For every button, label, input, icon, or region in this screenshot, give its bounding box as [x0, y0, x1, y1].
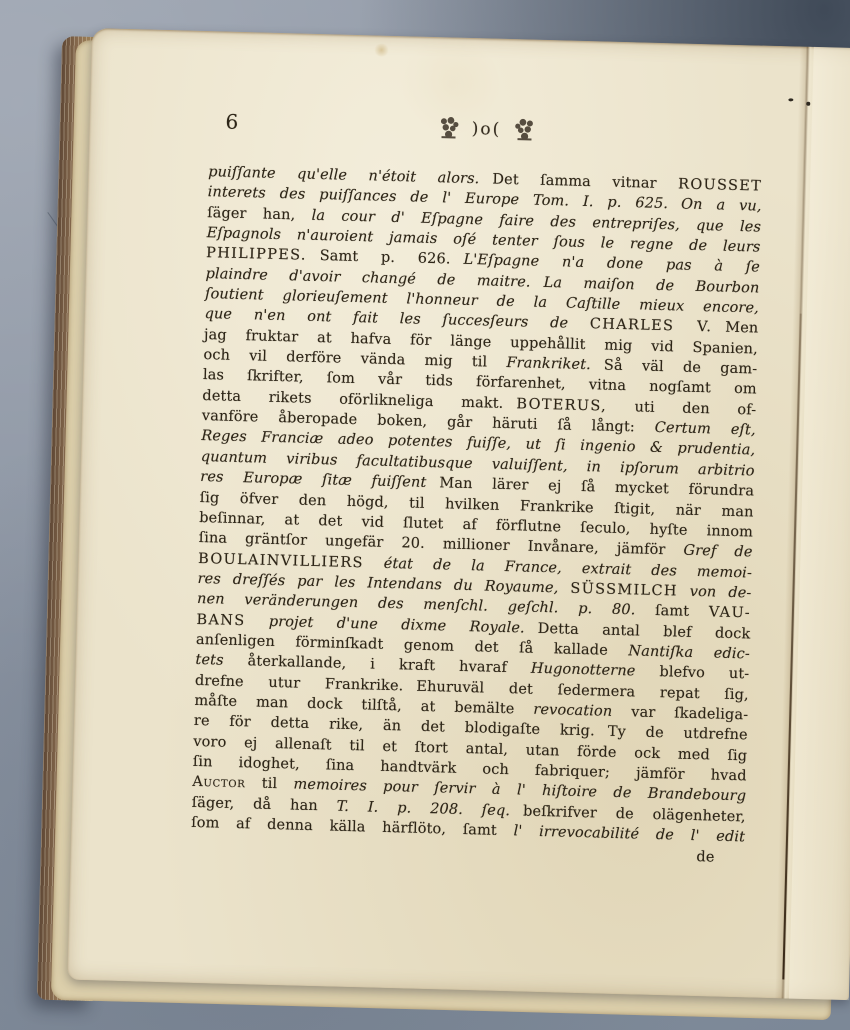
- text-segment: revocation: [533, 702, 631, 721]
- text-lines: puiſſante qu'elle n'étoit alors.Det ſamm…: [191, 162, 762, 848]
- fleuron-right-icon: [513, 117, 536, 144]
- text-column: 6 )o(: [190, 109, 763, 869]
- text-segment: PHILIPPES.: [206, 245, 307, 264]
- text-segment: ſäger han,: [207, 205, 312, 224]
- paper-stain: [373, 43, 389, 56]
- text-segment: T. I. p. 208. ſeq.: [336, 798, 510, 819]
- fleuron-left-icon: [437, 115, 460, 142]
- text-segment: Det ſamma vitnar: [492, 172, 678, 193]
- text-segment: Hugonotterne: [531, 661, 660, 680]
- text-segment: res Europæ ſitæ fuiſſent: [200, 469, 427, 491]
- text-segment: On a vu,: [681, 197, 762, 215]
- header-ornament: )o(: [437, 115, 535, 144]
- ornament-center: )o(: [471, 119, 501, 140]
- ink-speck: [788, 98, 793, 101]
- text-segment: BOULAINVILLIERS: [198, 550, 364, 570]
- text-segment: CHARLES V.: [590, 317, 713, 336]
- text-segment: uti den of-: [607, 398, 757, 418]
- text-segment: ſamt: [655, 603, 709, 620]
- text-segment: Ty de utdrefne: [608, 724, 748, 744]
- text-segment: Auctor: [192, 774, 246, 791]
- text-segment: Så väl de gam-: [604, 358, 758, 378]
- text-segment: von de-: [678, 583, 752, 601]
- text-segment: VAU-: [709, 605, 751, 622]
- text-segment: ROUSSET: [678, 176, 762, 194]
- text-segment: Nantiſka edic-: [628, 643, 750, 662]
- text-segment: Certum eſt,: [655, 420, 756, 439]
- text-segment: til: [245, 776, 293, 793]
- text-segment: var ſkadeliga-: [631, 704, 748, 723]
- ink-speck: [806, 102, 810, 106]
- text-segment: Gref de: [683, 543, 752, 561]
- text-segment: Men: [725, 320, 759, 337]
- page-number: 6: [225, 112, 238, 133]
- text-segment: BOTERUS,: [516, 396, 607, 414]
- text-segment: BANS: [196, 612, 245, 629]
- text-segment: Samt p. 626.: [319, 248, 450, 267]
- book-page: 6 )o(: [67, 28, 850, 1000]
- text-segment: blefvo ut-: [659, 664, 749, 682]
- text-segment: Frankriket.: [506, 355, 591, 373]
- text-segment: tets: [195, 652, 248, 669]
- page-header: 6 )o(: [209, 109, 764, 153]
- text-segment: SÜSSMILCH: [570, 581, 678, 600]
- text-segment: l' irrevocabilité de l' edit: [513, 823, 745, 845]
- text-segment: ſäger, då han: [192, 795, 337, 815]
- photo-background: 6 )o(: [0, 0, 850, 1030]
